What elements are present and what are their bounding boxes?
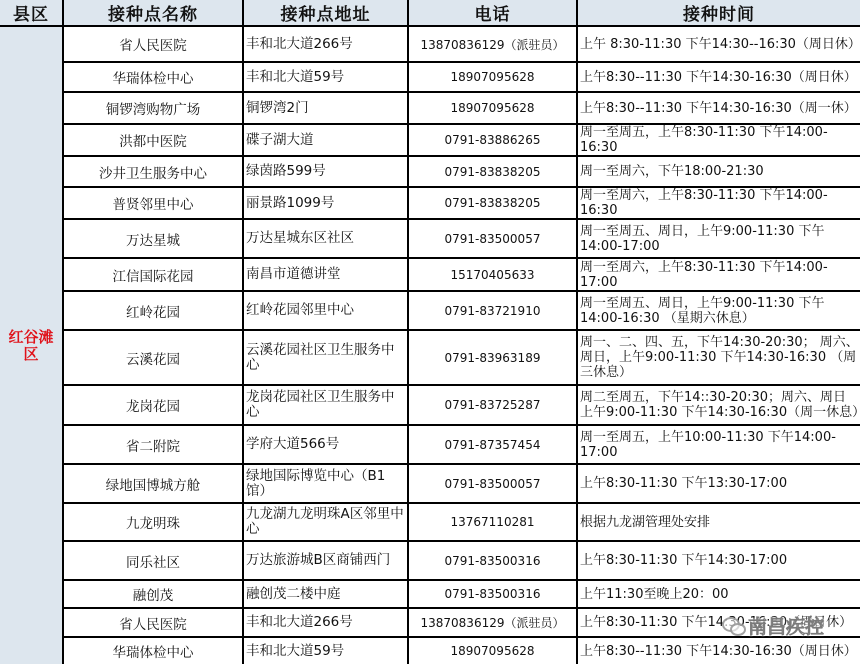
district-cell: 红谷滩区 <box>0 26 63 664</box>
site-address: 丰和北大道266号 <box>243 608 408 637</box>
site-address: 九龙湖九龙明珠A区邻里中心 <box>243 503 408 541</box>
site-name: 省二附院 <box>63 425 243 464</box>
table-row: 省人民医院 丰和北大道266号 13870836129（派驻员） 上午8:30-… <box>0 608 860 637</box>
site-name: 九龙明珠 <box>63 503 243 541</box>
district-label: 红谷滩区 <box>7 329 55 363</box>
site-address: 融创茂二楼中庭 <box>243 580 408 608</box>
site-address: 丰和北大道266号 <box>243 26 408 62</box>
site-address: 龙岗花园社区卫生服务中心 <box>243 385 408 425</box>
site-time: 上午 8:30-11:30 下午14:30--16:30（周日休） <box>577 26 860 62</box>
header-site-name: 接种点名称 <box>63 0 243 26</box>
table-body: 红谷滩区 省人民医院 丰和北大道266号 13870836129（派驻员） 上午… <box>0 26 860 664</box>
site-time: 周一、二、四、五，下午14:30-20:30； 周六、周日，上午9:00-11:… <box>577 330 860 385</box>
table-row: 云溪花园 云溪花园社区卫生服务中心 0791-83963189 周一、二、四、五… <box>0 330 860 385</box>
site-address: 万达旅游城B区商铺西门 <box>243 541 408 580</box>
site-name: 同乐社区 <box>63 541 243 580</box>
site-time: 上午8:30--11:30 下午14:30-16:30（周日休） <box>577 637 860 664</box>
site-address: 万达星城东区社区 <box>243 219 408 258</box>
site-name: 万达星城 <box>63 219 243 258</box>
site-phone: 0791-83721910 <box>408 291 577 330</box>
site-address: 丰和北大道59号 <box>243 62 408 92</box>
site-name: 绿地国博城方舱 <box>63 464 243 503</box>
site-time: 周一至周五，上午10:00-11:30 下午14:00-17:00 <box>577 425 860 464</box>
table-row: 红谷滩区 省人民医院 丰和北大道266号 13870836129（派驻员） 上午… <box>0 26 860 62</box>
site-phone: 0791-83500057 <box>408 219 577 258</box>
site-time: 周一至周六，下午18:00-21:30 <box>577 156 860 187</box>
site-phone: 0791-83886265 <box>408 124 577 156</box>
site-name: 沙井卫生服务中心 <box>63 156 243 187</box>
site-phone: 0791-83838205 <box>408 187 577 219</box>
site-time: 根据九龙湖管理处安排 <box>577 503 860 541</box>
table-row: 万达星城 万达星城东区社区 0791-83500057 周一至周五、周日，上午9… <box>0 219 860 258</box>
site-phone: 0791-83500057 <box>408 464 577 503</box>
table-row: 华瑞体检中心 丰和北大道59号 18907095628 上午8:30--11:3… <box>0 62 860 92</box>
site-name: 江信国际花园 <box>63 258 243 291</box>
site-phone: 0791-83838205 <box>408 156 577 187</box>
site-phone: 0791-83500316 <box>408 541 577 580</box>
site-address: 丰和北大道59号 <box>243 637 408 664</box>
site-phone: 0791-83725287 <box>408 385 577 425</box>
site-name: 融创茂 <box>63 580 243 608</box>
table-row: 九龙明珠 九龙湖九龙明珠A区邻里中心 13767110281 根据九龙湖管理处安… <box>0 503 860 541</box>
table-row: 沙井卫生服务中心 绿茵路599号 0791-83838205 周一至周六，下午1… <box>0 156 860 187</box>
site-time: 周一至周六，上午8:30-11:30 下午14:00-16:30 <box>577 187 860 219</box>
site-name: 龙岗花园 <box>63 385 243 425</box>
table-header-row: 县区 接种点名称 接种点地址 电话 接种时间 <box>0 0 860 26</box>
site-address: 学府大道566号 <box>243 425 408 464</box>
site-name: 省人民医院 <box>63 608 243 637</box>
site-phone: 18907095628 <box>408 92 577 124</box>
site-address: 绿地国际博览中心（B1馆） <box>243 464 408 503</box>
site-phone: 0791-83500316 <box>408 580 577 608</box>
site-time: 周一至周五、周日，上午9:00-11:30 下午 14:00-16:30 （星期… <box>577 291 860 330</box>
site-time: 上午8:30-11:30 下午14:30-17:00 <box>577 541 860 580</box>
table-row: 华瑞体检中心 丰和北大道59号 18907095628 上午8:30--11:3… <box>0 637 860 664</box>
site-time: 上午8:30-11:30 下午14:30-16:30（周日休） <box>577 608 860 637</box>
site-address: 南昌市道德讲堂 <box>243 258 408 291</box>
site-phone: 18907095628 <box>408 62 577 92</box>
table-row: 江信国际花园 南昌市道德讲堂 15170405633 周一至周六，上午8:30-… <box>0 258 860 291</box>
header-phone: 电话 <box>408 0 577 26</box>
site-name: 洪都中医院 <box>63 124 243 156</box>
table-row: 红岭花园 红岭花园邻里中心 0791-83721910 周一至周五、周日，上午9… <box>0 291 860 330</box>
site-time: 上午8:30-11:30 下午13:30-17:00 <box>577 464 860 503</box>
site-phone: 0791-83963189 <box>408 330 577 385</box>
table-row: 绿地国博城方舱 绿地国际博览中心（B1馆） 0791-83500057 上午8:… <box>0 464 860 503</box>
site-time: 上午8:30--11:30 下午14:30-16:30（周一休） <box>577 92 860 124</box>
table-row: 省二附院 学府大道566号 0791-87357454 周一至周五，上午10:0… <box>0 425 860 464</box>
site-address: 云溪花园社区卫生服务中心 <box>243 330 408 385</box>
site-name: 铜锣湾购物广场 <box>63 92 243 124</box>
site-time: 周一至周五，上午8:30-11:30 下午14:00-16:30 <box>577 124 860 156</box>
table-row: 同乐社区 万达旅游城B区商铺西门 0791-83500316 上午8:30-11… <box>0 541 860 580</box>
site-time: 周二至周五，下午14::30-20:30；周六、周日 上午9:00-11:30 … <box>577 385 860 425</box>
table-row: 融创茂 融创茂二楼中庭 0791-83500316 上午11:30至晚上20：0… <box>0 580 860 608</box>
header-site-address: 接种点地址 <box>243 0 408 26</box>
site-name: 省人民医院 <box>63 26 243 62</box>
table-row: 铜锣湾购物广场 铜锣湾2门 18907095628 上午8:30--11:30 … <box>0 92 860 124</box>
site-address: 红岭花园邻里中心 <box>243 291 408 330</box>
header-district: 县区 <box>0 0 63 26</box>
vaccination-sites-table: 县区 接种点名称 接种点地址 电话 接种时间 红谷滩区 省人民医院 丰和北大道2… <box>0 0 860 664</box>
site-name: 红岭花园 <box>63 291 243 330</box>
site-phone: 13767110281 <box>408 503 577 541</box>
site-phone: 0791-87357454 <box>408 425 577 464</box>
table-row: 普贤邻里中心 丽景路1099号 0791-83838205 周一至周六，上午8:… <box>0 187 860 219</box>
site-name: 华瑞体检中心 <box>63 637 243 664</box>
site-address: 碟子湖大道 <box>243 124 408 156</box>
site-phone: 15170405633 <box>408 258 577 291</box>
site-time: 上午11:30至晚上20：00 <box>577 580 860 608</box>
site-address: 铜锣湾2门 <box>243 92 408 124</box>
site-time: 周一至周五、周日，上午9:00-11:30 下午 14:00-17:00 <box>577 219 860 258</box>
site-time: 上午8:30--11:30 下午14:30-16:30（周日休） <box>577 62 860 92</box>
site-phone: 13870836129（派驻员） <box>408 26 577 62</box>
table-row: 洪都中医院 碟子湖大道 0791-83886265 周一至周五，上午8:30-1… <box>0 124 860 156</box>
site-name: 华瑞体检中心 <box>63 62 243 92</box>
header-vaccination-time: 接种时间 <box>577 0 860 26</box>
site-time: 周一至周六，上午8:30-11:30 下午14:00-17:00 <box>577 258 860 291</box>
site-phone: 13870836129（派驻员） <box>408 608 577 637</box>
site-phone: 18907095628 <box>408 637 577 664</box>
site-name: 云溪花园 <box>63 330 243 385</box>
site-address: 丽景路1099号 <box>243 187 408 219</box>
table-row: 龙岗花园 龙岗花园社区卫生服务中心 0791-83725287 周二至周五，下午… <box>0 385 860 425</box>
site-address: 绿茵路599号 <box>243 156 408 187</box>
site-name: 普贤邻里中心 <box>63 187 243 219</box>
